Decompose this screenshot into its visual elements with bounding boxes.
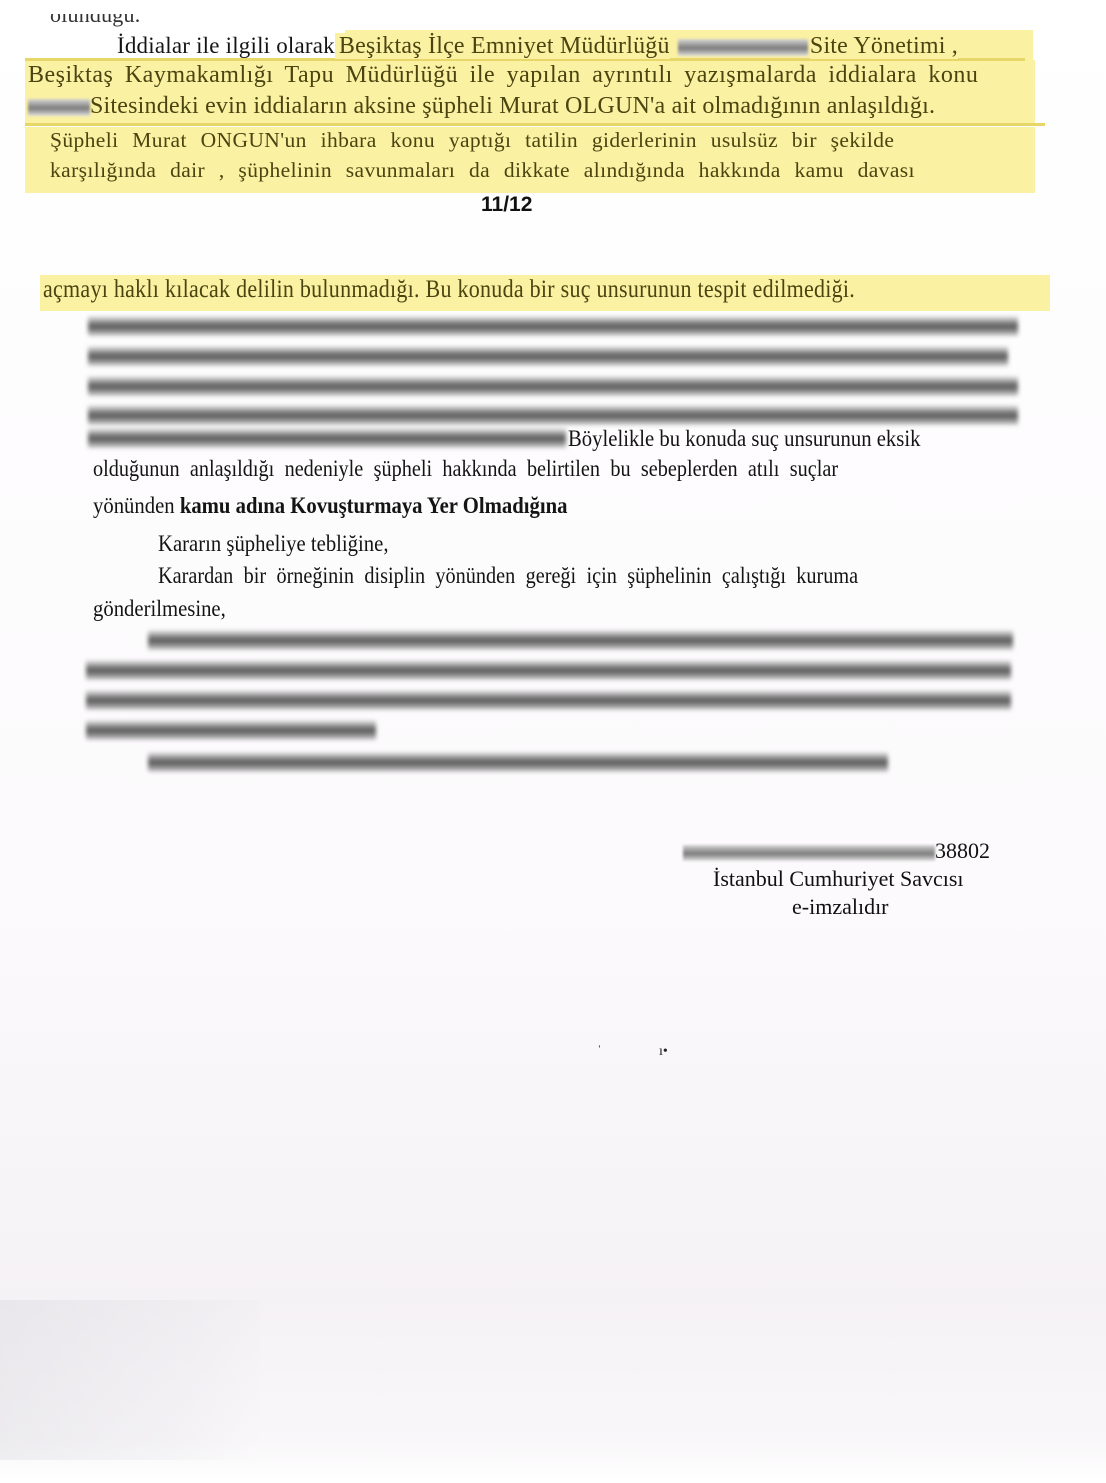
paper-background [0, 0, 1106, 1483]
redacted-line [86, 720, 376, 740]
decision-bold-text: kamu adına Kovuşturmaya Yer Olmadığına [180, 493, 568, 518]
redacted-line [86, 690, 1011, 710]
paragraph2-line1: açmayı haklı kılacak delilin bulunmadığı… [43, 276, 855, 304]
scan-speck: ˈ [597, 1044, 602, 1060]
paragraph1-line4: Şüpheli Murat ONGUN'un ihbara konu yaptı… [50, 128, 894, 153]
paragraph3-line3: yönünden kamu adına Kovuşturmaya Yer Olm… [93, 493, 567, 519]
signer-title: İstanbul Cumhuriyet Savcısı [713, 866, 964, 892]
redacted-site-name [28, 99, 90, 116]
page-number: 11/12 [481, 193, 532, 217]
paragraph1-line3: Sitesindeki evin iddiaların aksine şüphe… [28, 93, 935, 120]
paragraph1-line2: Beşiktaş Kaymakamlığı Tapu Müdürlüğü ile… [28, 62, 978, 89]
paper-fold-shadow [0, 1300, 260, 1460]
highlighted-text: Beşiktaş İlçe Emniyet Müdürlüğü [335, 33, 670, 59]
paragraph1-line1: İddialar ile ilgili olarakBeşiktaş İlçe … [117, 33, 958, 60]
redacted-line [86, 660, 1011, 680]
text-normal: yönünden [93, 493, 175, 518]
redacted-signer-name [683, 845, 935, 861]
paragraph3-line1: Böylelikle bu konuda suç unsurunun eksik [568, 426, 920, 452]
highlighted-text: Site Yönetimi , [810, 33, 958, 59]
redacted-line [88, 405, 1018, 425]
highlighted-text: Sitesindeki evin iddiaların aksine şüphe… [90, 93, 935, 119]
decision-send-copy: Karardan bir örneğinin disiplin yönünden… [158, 563, 858, 589]
redacted-line [88, 428, 566, 448]
redacted-line [88, 376, 1018, 396]
paragraph1-line5: karşılığında dair , şüphelinin savunmala… [50, 158, 915, 183]
redacted-line [88, 316, 1018, 336]
signer-id-suffix: 38802 [935, 838, 990, 863]
redacted-line [88, 346, 1008, 366]
highlight-edge [25, 123, 1045, 126]
e-signature-note: e-imzalıdır [792, 894, 889, 920]
scan-speck: ı• [659, 1044, 668, 1060]
decision-notify: Kararın şüpheliye tebliğine, [158, 531, 389, 557]
redacted-line [148, 752, 888, 772]
decision-send-copy-cont: gönderilmesine, [93, 596, 226, 622]
lead-in-text: İddialar ile ilgili olarak [117, 33, 335, 58]
redacted-line [148, 630, 1013, 650]
signature-id-line: 38802 [683, 838, 990, 864]
paragraph3-line2: olduğunun anlaşıldığı nedeniyle şüpheli … [93, 456, 838, 482]
redacted-name [678, 39, 808, 56]
